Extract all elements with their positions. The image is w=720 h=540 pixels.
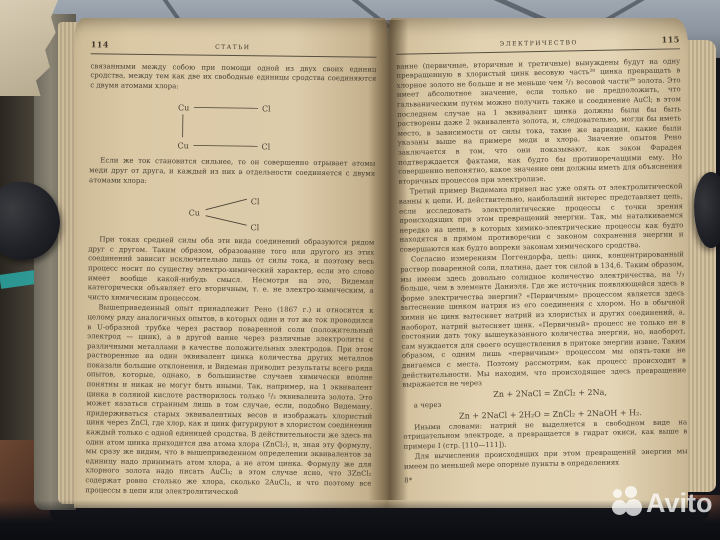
paragraph: связанными между собою при помощи одной … [90,62,376,94]
paragraph: Иными словами: натрий не выделяется в св… [403,418,688,452]
right-page-content: ЭЛЕКТРИЧЕСТВО 115 ванне (первичные, втор… [396,35,688,485]
book-photo: 114 СТАТЬИ связанными между собою при по… [0,0,720,540]
page-stack-right-edge [686,40,716,492]
left-page: 114 СТАТЬИ связанными между собою при по… [74,18,388,508]
book-gutter-shadow [368,20,408,500]
avito-logo-icon [612,486,642,520]
avito-wordmark: Avito [646,488,713,519]
atom-label: Cu [189,209,200,218]
left-page-content: 114 СТАТЬИ связанными между собою при по… [85,40,377,500]
paragraph: Согласно измерениям Поггендорфа, цепь: ц… [400,251,687,391]
atom-label: Cl [251,197,260,206]
right-page: ЭЛЕКТРИЧЕСТВО 115 ванне (первичные, втор… [388,18,688,508]
atom-label: Cl [261,143,270,152]
atom-label: Cl [250,223,259,232]
page-number: 115 [662,35,680,45]
left-page-header: 114 СТАТЬИ [91,40,377,54]
page-number: 114 [91,40,109,50]
avito-watermark: Avito [612,486,713,520]
atom-label: Cl [262,105,271,114]
paragraph: Вышеприведенный опыт принадлежит Рено (1… [85,304,373,499]
paragraph: При токах средней силы оба эти вида соед… [88,235,375,306]
chemical-diagram-cu2cl2: Cu Cl Cu Cl [175,98,296,153]
atom-label: Cu [177,142,188,151]
running-head: СТАТЬИ [109,41,357,54]
atom-label: Cu [178,104,189,113]
paragraph: Третий пример Видемана привел нас уже оп… [399,183,684,256]
paragraph: Для вычисления происходящих при этом пре… [404,448,688,473]
paragraph: Если же ток становится сильнее, то он со… [89,157,375,189]
signature-mark: 8* [404,471,688,486]
chemical-diagram-cucl2: Cu Cl Cl [174,192,294,231]
paragraph: ванне (первичные, вторичные и третичные)… [396,57,682,187]
